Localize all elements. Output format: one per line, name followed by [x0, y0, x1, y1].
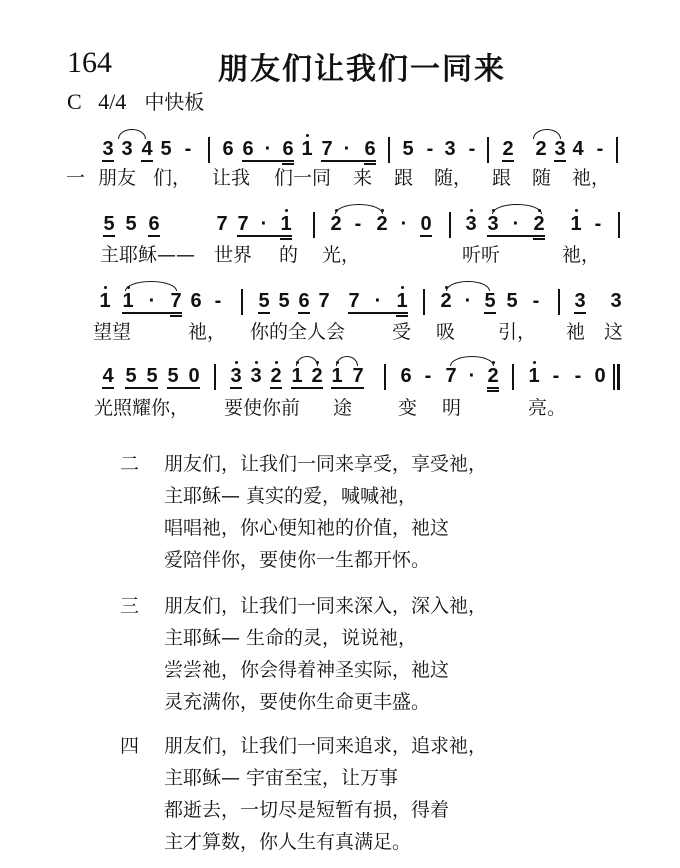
score-system-4: 4 5 5 5 0 3 3 2 1 2 1 7 6 - 7 · 2 1 - - …	[0, 365, 680, 391]
underline	[574, 312, 586, 314]
verse-line: 主耶稣— 真实的爱，喊喊祂，	[164, 480, 487, 512]
verse-line: 灵充满你，要使你生命更丰盛。	[164, 686, 487, 718]
note: 0	[420, 213, 432, 236]
lyric: 听听	[462, 240, 500, 267]
verse-line: 尝尝祂，你会得着神圣实际，祂这	[164, 654, 487, 686]
dash: -	[182, 138, 194, 161]
underline	[270, 387, 282, 389]
dot: ·	[258, 213, 270, 236]
lyric: 途	[333, 393, 352, 420]
dot: ·	[466, 365, 478, 388]
note: 7	[237, 213, 249, 236]
note-high: 1	[570, 213, 582, 236]
note-high: 1	[396, 290, 408, 313]
underline	[554, 160, 566, 162]
underline	[484, 312, 496, 314]
barline	[214, 364, 216, 390]
lyric: 世界	[214, 240, 252, 267]
dash: -	[422, 365, 434, 388]
barline	[208, 137, 210, 163]
note: 6	[190, 290, 202, 313]
note: 6	[148, 213, 160, 236]
note: 5	[258, 290, 270, 313]
verse-line: 爱陪伴你，要使你一生都开怀。	[164, 544, 487, 576]
lyric: 来	[353, 163, 372, 190]
dot: ·	[510, 213, 522, 236]
note: 5	[278, 290, 290, 313]
lyric: 们一同	[274, 163, 331, 190]
hymn-number: 164	[67, 46, 112, 80]
note: 6	[364, 138, 376, 161]
note-high: 2	[487, 365, 499, 388]
note: 4	[102, 365, 114, 388]
verse-number: 二	[120, 448, 150, 480]
note: 6	[242, 138, 254, 161]
verse-line: 唱唱祂，你心便知祂的价值，祂这	[164, 512, 487, 544]
underline	[487, 390, 499, 392]
dash: -	[594, 138, 606, 161]
note: 3	[444, 138, 456, 161]
underline	[125, 387, 158, 389]
note-high: 1	[331, 365, 343, 388]
underline	[148, 235, 160, 237]
dot: ·	[462, 290, 474, 313]
lyric: 一	[66, 163, 85, 190]
note: 7	[318, 290, 330, 313]
time-signature: 4/4	[98, 89, 126, 114]
verse-number: 四	[120, 730, 150, 762]
lyric: 们，	[153, 163, 191, 190]
note: 2	[502, 138, 514, 161]
lyric: 你的全人会	[250, 317, 345, 344]
verse-line: 主耶稣— 生命的灵，说说祂，	[164, 622, 487, 654]
note: 7	[348, 290, 360, 313]
dash: -	[466, 138, 478, 161]
dot: ·	[372, 290, 384, 313]
note-high: 3	[487, 213, 499, 236]
dot: ·	[341, 138, 353, 161]
note: 5	[160, 138, 172, 161]
lyric: 亮。	[528, 393, 566, 420]
verse-line: 主耶稣— 宇宙至宝，让万事	[164, 762, 487, 794]
note: 3	[554, 138, 566, 161]
note-high: 1	[280, 213, 292, 236]
lyric: 的	[279, 240, 298, 267]
dash: -	[550, 365, 562, 388]
barline	[558, 289, 560, 315]
note: 7	[216, 213, 228, 236]
lyric: 变	[398, 393, 417, 420]
underline	[167, 387, 200, 389]
note-high: 2	[376, 213, 388, 236]
lyric: 受	[392, 317, 411, 344]
barline	[313, 212, 315, 238]
lyric: 明	[442, 393, 461, 420]
underline	[420, 235, 432, 237]
underline	[237, 235, 292, 237]
underline	[502, 160, 514, 162]
note: 5	[506, 290, 518, 313]
underline	[122, 312, 182, 314]
underline	[230, 387, 242, 389]
note: 4	[141, 138, 153, 161]
note: 5	[146, 365, 158, 388]
barline	[449, 212, 451, 238]
dot: ·	[262, 138, 274, 161]
dash: -	[352, 213, 364, 236]
underline	[102, 160, 114, 162]
underline	[331, 387, 364, 389]
underline	[258, 312, 270, 314]
note: 4	[572, 138, 584, 161]
note: 6	[400, 365, 412, 388]
lyric: 让我	[212, 163, 250, 190]
underline	[103, 235, 115, 237]
lyric: 跟	[394, 163, 413, 190]
note-high: 2	[330, 213, 342, 236]
note: 5	[402, 138, 414, 161]
lyric: 祂，	[572, 163, 610, 190]
verse-line: 都逝去，一切尽是短暂有损，得着	[164, 794, 487, 826]
barline	[618, 212, 620, 238]
note: 5	[167, 365, 179, 388]
lyrics-line-3: 望望 祂， 你的全人会 受 吸 引， 祂 这	[0, 317, 680, 341]
note-high: 1	[122, 290, 134, 313]
dash: -	[530, 290, 542, 313]
lyric: 跟	[492, 163, 511, 190]
note-high: 1	[301, 138, 313, 161]
note: 7	[170, 290, 182, 313]
barline	[241, 289, 243, 315]
note-high: 2	[440, 290, 452, 313]
verse-line: 主才算数，你人生有真满足。	[164, 826, 487, 858]
dash: -	[572, 365, 584, 388]
lyric: 要使你前	[224, 393, 300, 420]
note: 6	[298, 290, 310, 313]
barline	[423, 289, 425, 315]
lyric: 祂，	[562, 240, 600, 267]
barline	[487, 137, 489, 163]
dash: -	[592, 213, 604, 236]
dash: -	[212, 290, 224, 313]
dot: ·	[398, 213, 410, 236]
note: 5	[484, 290, 496, 313]
note: 3	[121, 138, 133, 161]
note: 7	[321, 138, 333, 161]
score-system-3: 1 1 · 7 6 - 5 5 6 7 7 · 1 2 · 5 5 - 3 3	[0, 290, 680, 316]
note: 0	[594, 365, 606, 388]
note-high: 2	[533, 213, 545, 236]
underline	[348, 312, 408, 314]
underline	[102, 387, 114, 389]
note: 5	[125, 213, 137, 236]
lyric: 这	[604, 317, 623, 344]
barline	[512, 364, 514, 390]
barline	[388, 137, 390, 163]
barline	[384, 364, 386, 390]
lyric: 光，	[322, 240, 360, 267]
underline	[291, 387, 323, 389]
note: 5	[103, 213, 115, 236]
underline	[321, 160, 376, 162]
underline	[242, 160, 294, 162]
verse-number: 三	[120, 590, 150, 622]
note-high: 3	[465, 213, 477, 236]
lyric: 主耶稣——	[100, 240, 195, 267]
note-high: 1	[528, 365, 540, 388]
lyric: 朋友	[98, 163, 136, 190]
verse-line: 朋友们，让我们一同来深入，深入祂，	[164, 590, 487, 622]
note-high: 3	[230, 365, 242, 388]
barline	[616, 137, 618, 163]
note: 3	[574, 290, 586, 313]
tempo-marking: 中快板	[144, 90, 204, 114]
page-title: 朋友们让我们一同来	[218, 44, 506, 88]
lyric: 随	[532, 163, 551, 190]
lyric: 随，	[434, 163, 472, 190]
underline	[487, 235, 545, 237]
note: 3	[102, 138, 114, 161]
lyric: 引，	[498, 317, 536, 344]
final-barline	[613, 364, 620, 390]
note: 7	[445, 365, 457, 388]
note-high: 3	[250, 365, 262, 388]
underline	[487, 387, 499, 389]
note: 0	[188, 365, 200, 388]
lyric: 光照耀你，	[94, 393, 189, 420]
note-high: 1	[291, 365, 303, 388]
lyric: 吸	[436, 317, 455, 344]
underline	[298, 312, 310, 314]
lyric: 祂，	[188, 317, 226, 344]
lyrics-line-1: 一 朋友 们， 让我 们一同 来 跟 随， 跟 随 祂，	[0, 163, 680, 187]
note: 6	[222, 138, 234, 161]
score-system-2: 5 5 6 7 7 · 1 2 - 2 · 0 3 3 · 2 1 -	[0, 213, 680, 239]
note: 6	[282, 138, 294, 161]
note: 7	[352, 365, 364, 388]
key-signature: C	[67, 89, 82, 114]
song-meta: C 4/4中快板	[67, 86, 204, 115]
lyrics-line-2: 主耶稣—— 世界 的 光， 听听 祂，	[0, 240, 680, 264]
dot: ·	[146, 290, 158, 313]
dash: -	[424, 138, 436, 161]
underline	[141, 160, 153, 162]
verse-line: 朋友们，让我们一同来追求，追求祂，	[164, 730, 487, 762]
score-system-1: 3 3 4 5 - 6 6 · 6 1 7 · 6 5 - 3 - 2 2 3 …	[0, 138, 680, 164]
lyrics-line-4: 光照耀你， 要使你前 途 变 明 亮。	[0, 393, 680, 417]
note: 5	[125, 365, 137, 388]
verse-line: 朋友们，让我们一同来享受，享受祂，	[164, 448, 487, 480]
lyric: 祂	[566, 317, 585, 344]
note-high: 1	[99, 290, 111, 313]
note: 3	[610, 290, 622, 313]
note-high: 2	[311, 365, 323, 388]
lyric: 望望	[93, 317, 131, 344]
note-high: 2	[270, 365, 282, 388]
note: 2	[535, 138, 547, 161]
